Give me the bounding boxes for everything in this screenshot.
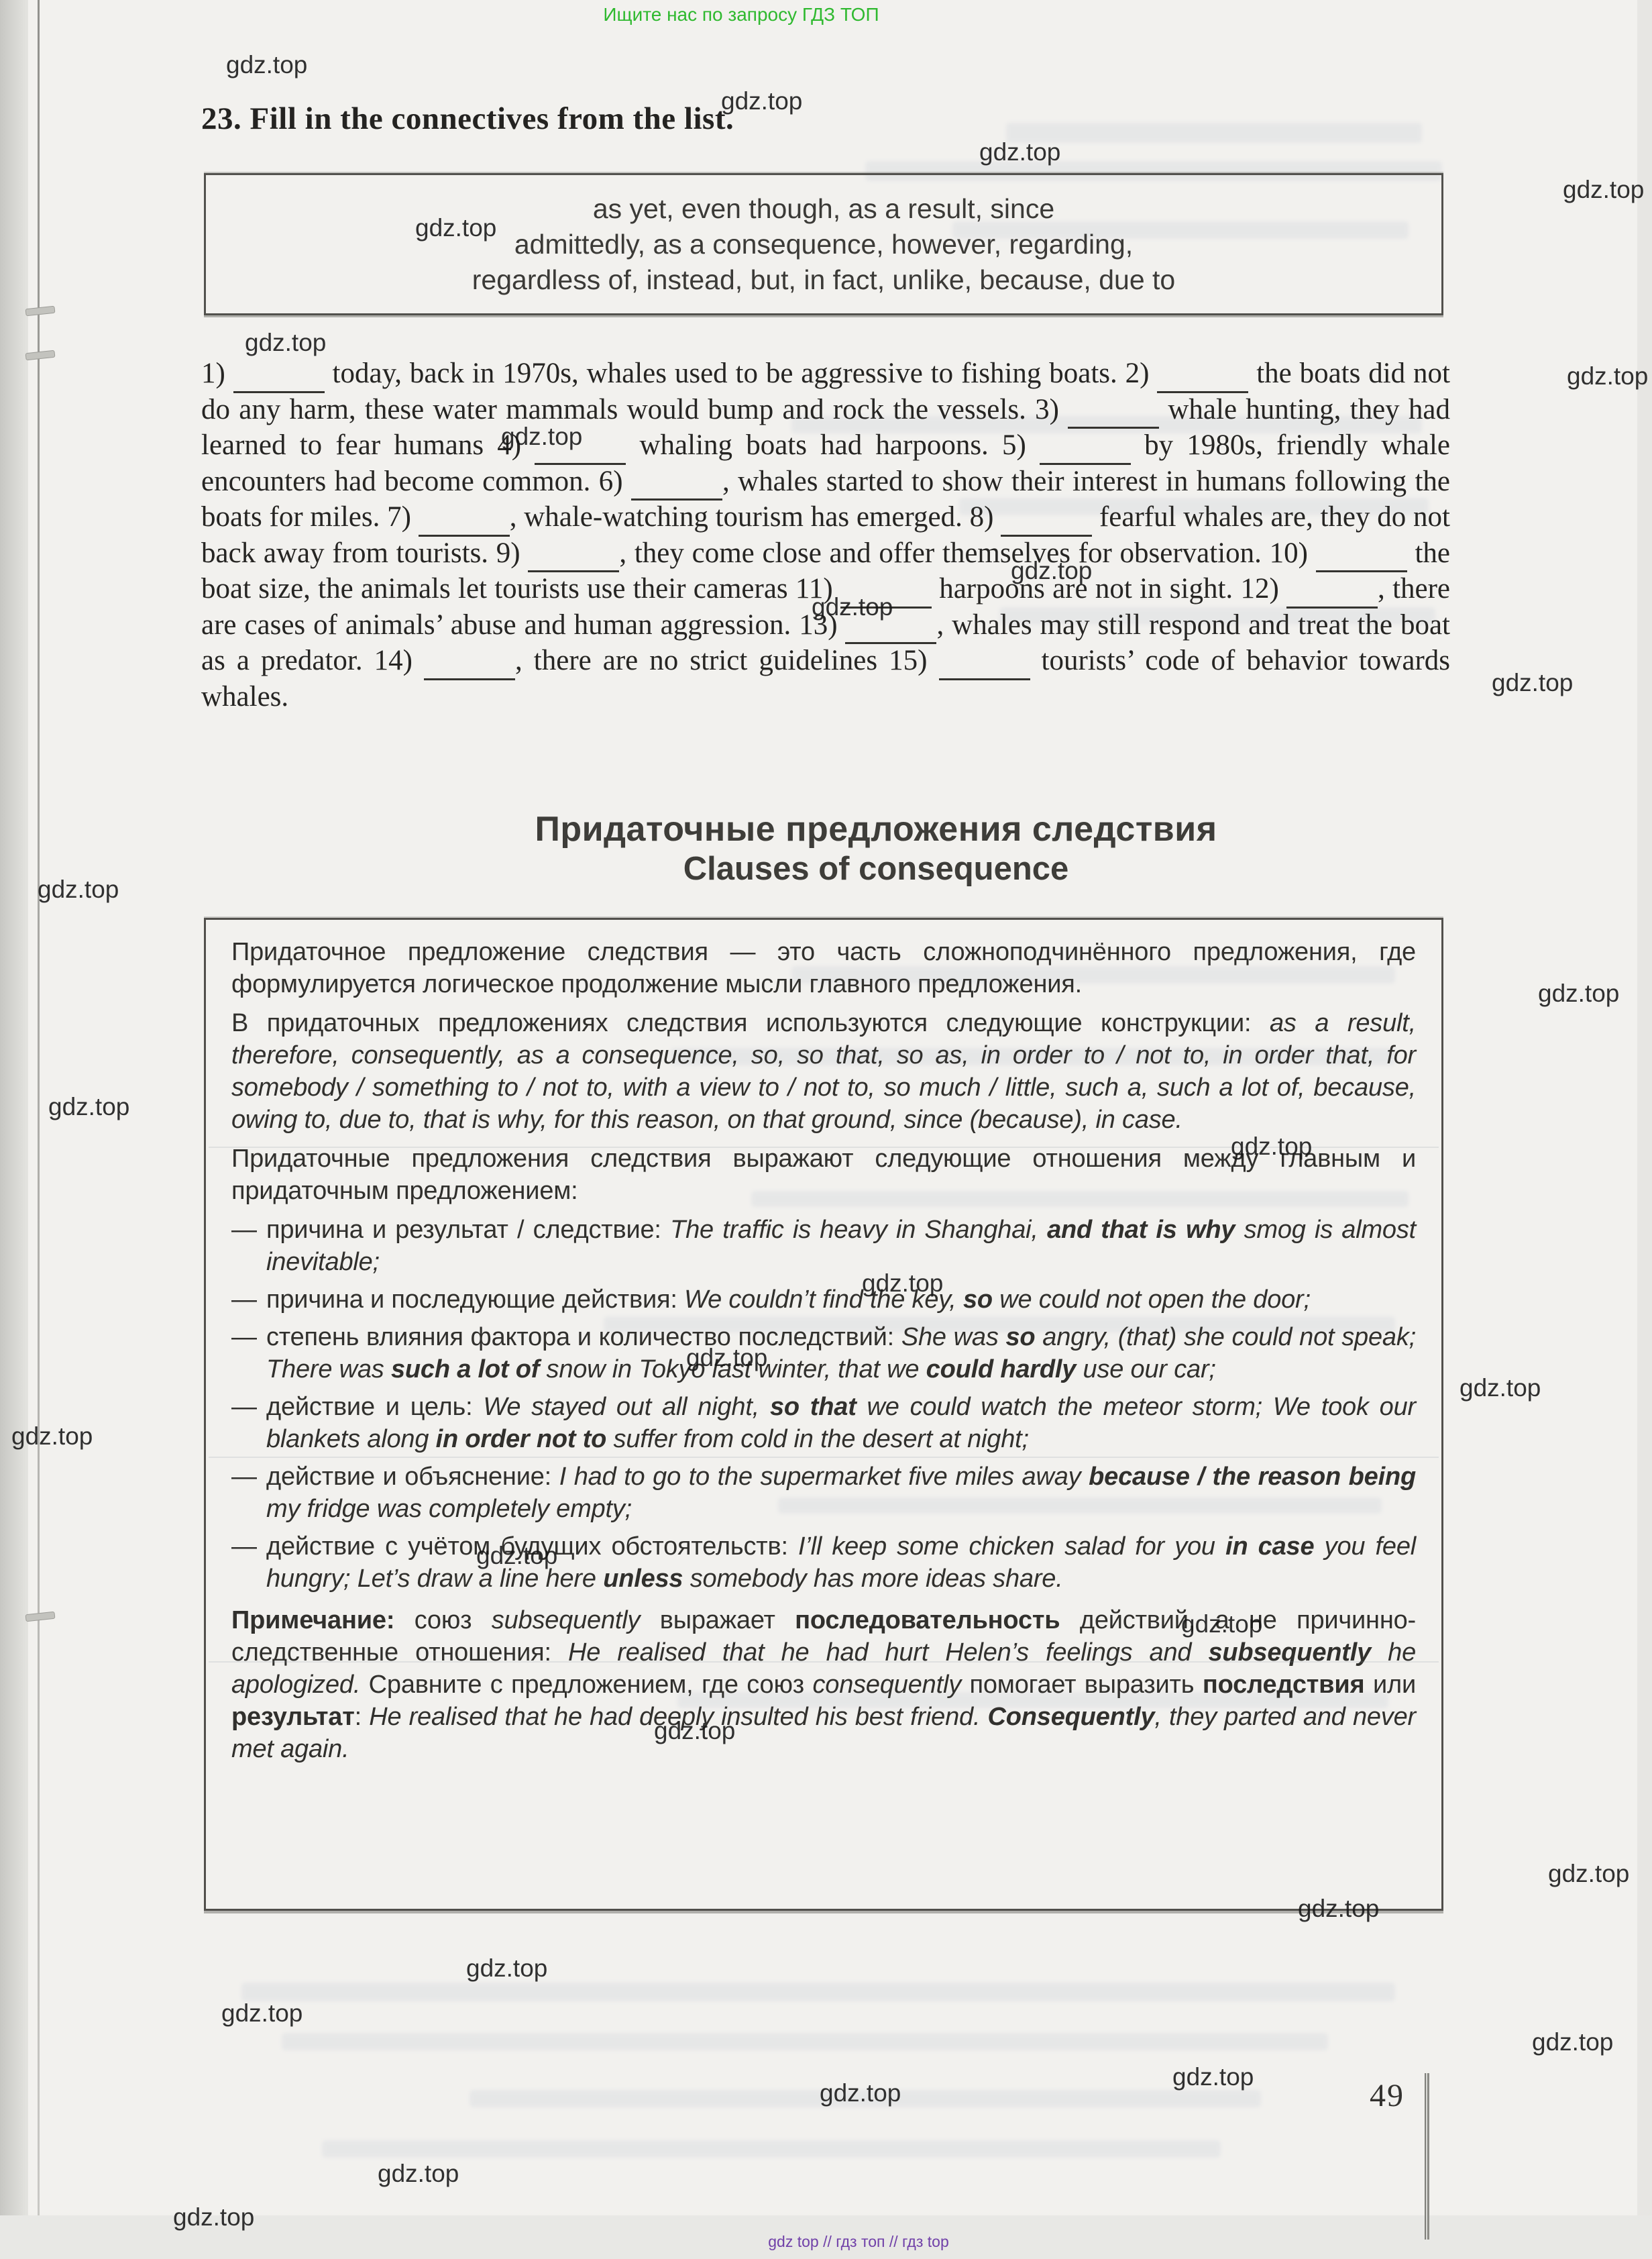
gdz-watermark: gdz.top bbox=[38, 876, 119, 904]
gdz-watermark: gdz.top bbox=[1298, 1895, 1379, 1923]
promo-footer: gdz top // гдз топ // гдз top bbox=[0, 2233, 1652, 2251]
grammar-rule-box: Придаточное предложение следствия — это … bbox=[204, 918, 1443, 1911]
rule-text-segment: and that is why bbox=[1047, 1216, 1235, 1244]
rule-text-segment: such a lot of bbox=[391, 1355, 539, 1383]
rule-bullet-item: —причина и последующие действия: We coul… bbox=[231, 1283, 1416, 1316]
rule-text-segment: : bbox=[355, 1703, 370, 1731]
rule-text-segment: The traffic is heavy in Shanghai, bbox=[670, 1216, 1047, 1244]
gdz-watermark: gdz.top bbox=[654, 1717, 735, 1745]
bullet-dash: — bbox=[231, 1391, 266, 1455]
gdz-watermark: gdz.top bbox=[1231, 1133, 1312, 1161]
rule-text-segment: результат bbox=[231, 1703, 355, 1731]
bullet-dash: — bbox=[231, 1530, 266, 1595]
answer-blank[interactable] bbox=[1316, 537, 1407, 573]
rule-bullet-item: —действие и объяснение: I had to go to t… bbox=[231, 1461, 1416, 1525]
gdz-watermark: gdz.top bbox=[812, 593, 893, 621]
answer-blank[interactable] bbox=[528, 537, 619, 573]
section-heading-en: Clauses of consequence bbox=[302, 849, 1450, 888]
rule-text-segment: Примечание: bbox=[231, 1606, 394, 1634]
rule-box-divider bbox=[209, 1661, 1439, 1663]
rule-text-segment: so that bbox=[770, 1393, 857, 1421]
rule-bullet-item: —степень влияния фактора и количество по… bbox=[231, 1321, 1416, 1385]
binding-crease bbox=[38, 0, 40, 2221]
rule-text-segment: could hardly bbox=[926, 1355, 1077, 1383]
facing-page-edge-line bbox=[1425, 2073, 1429, 2240]
bullet-text: причина и последующие действия: We could… bbox=[266, 1283, 1311, 1316]
rule-text-segment: I’ll keep some chicken salad for you bbox=[798, 1532, 1225, 1561]
rule-text-segment: my fridge was completely empty; bbox=[266, 1495, 632, 1523]
rule-text-segment: действие и объяснение: bbox=[266, 1463, 559, 1491]
bullet-dash: — bbox=[231, 1283, 266, 1316]
gdz-watermark: gdz.top bbox=[48, 1093, 129, 1121]
rule-text-segment: действие и цель: bbox=[266, 1393, 483, 1421]
answer-blank[interactable] bbox=[631, 465, 722, 501]
gdz-watermark: gdz.top bbox=[862, 1269, 943, 1298]
answer-blank[interactable] bbox=[233, 357, 325, 393]
staple-mark bbox=[25, 1612, 56, 1622]
gdz-watermark: gdz.top bbox=[1011, 557, 1092, 585]
answer-blank[interactable] bbox=[1068, 393, 1159, 429]
gdz-watermark: gdz.top bbox=[1548, 1860, 1629, 1888]
gdz-watermark: gdz.top bbox=[173, 2203, 254, 2231]
answer-blank[interactable] bbox=[424, 644, 515, 680]
rule-text-segment: Сравните с предложением, где союз bbox=[360, 1671, 812, 1699]
rule-text-segment: причина и результат / следствие: bbox=[266, 1216, 670, 1244]
rule-text-segment: В придаточных предложениях следствия исп… bbox=[231, 1009, 1270, 1037]
rule-text-segment: subsequently bbox=[492, 1606, 641, 1634]
rule-text-segment: suffer from cold in the desert at night; bbox=[606, 1425, 1029, 1453]
gdz-watermark: gdz.top bbox=[11, 1422, 93, 1451]
rule-text-segment: We stayed out all night, bbox=[483, 1393, 770, 1421]
gdz-watermark: gdz.top bbox=[226, 51, 307, 79]
rule-text-segment: выражает bbox=[640, 1606, 795, 1634]
exercise-title: 23. Fill in the connectives from the lis… bbox=[201, 101, 1476, 137]
connectives-line: admittedly, as a consequence, however, r… bbox=[206, 227, 1441, 262]
connectives-line: regardless of, instead, but, in fact, un… bbox=[206, 262, 1441, 298]
section-heading-ru: Придаточные предложения следствия bbox=[302, 809, 1450, 849]
bleed-through bbox=[282, 2033, 1328, 2050]
rule-text-segment: последовательность bbox=[795, 1606, 1060, 1634]
rule-text-segment: союз bbox=[394, 1606, 492, 1634]
gdz-watermark: gdz.top bbox=[245, 329, 326, 357]
answer-blank[interactable] bbox=[419, 501, 510, 537]
exercise-title-text: Fill in the connectives from the list. bbox=[250, 101, 734, 136]
rule-box-divider bbox=[209, 1457, 1439, 1458]
gdz-watermark: gdz.top bbox=[501, 423, 582, 451]
bullet-dash: — bbox=[231, 1214, 266, 1278]
rule-text-segment: use our car; bbox=[1076, 1355, 1216, 1383]
gdz-watermark: gdz.top bbox=[686, 1344, 767, 1372]
bullet-text: действие и цель: We stayed out all night… bbox=[266, 1391, 1416, 1455]
bullet-text: степень влияния фактора и количество пос… bbox=[266, 1321, 1416, 1385]
gdz-watermark: gdz.top bbox=[1460, 1374, 1541, 1402]
staple-mark bbox=[25, 306, 56, 317]
bullet-dash: — bbox=[231, 1321, 266, 1385]
answer-blank[interactable] bbox=[1157, 357, 1248, 393]
gdz-watermark: gdz.top bbox=[1492, 669, 1573, 697]
rule-paragraph: Придаточное предложение следствия — это … bbox=[231, 936, 1416, 1000]
rule-text-segment: so bbox=[1006, 1323, 1036, 1351]
connectives-word-bank: as yet, even though, as a result, sincea… bbox=[204, 173, 1443, 315]
rule-text-segment: Consequently bbox=[988, 1703, 1155, 1731]
rule-bullet-item: —действие с учётом будущих обстоятельств… bbox=[231, 1530, 1416, 1595]
promo-header: Ищите нас по запросу ГДЗ ТОП bbox=[0, 4, 1482, 25]
rule-text-segment: so bbox=[963, 1285, 993, 1314]
scanned-workbook-page: Ищите нас по запросу ГДЗ ТОП gdz top // … bbox=[0, 0, 1652, 2259]
staple-mark bbox=[25, 350, 56, 361]
page-left-edge bbox=[0, 0, 28, 2221]
gdz-watermark: gdz.top bbox=[378, 2160, 459, 2188]
rule-text-segment: She was bbox=[901, 1323, 1006, 1351]
gdz-watermark: gdz.top bbox=[476, 1542, 557, 1570]
rule-text-segment: we could not open the door; bbox=[993, 1285, 1311, 1314]
rule-text-segment: Придаточное предложение следствия — это … bbox=[231, 938, 1416, 998]
gdz-watermark: gdz.top bbox=[979, 138, 1060, 166]
gdz-watermark: gdz.top bbox=[820, 2079, 901, 2107]
exercise-number: 23. bbox=[201, 101, 241, 136]
rule-paragraph: В придаточных предложениях следствия исп… bbox=[231, 1007, 1416, 1136]
rule-text-segment: consequently bbox=[812, 1671, 961, 1699]
rule-text-segment: степень влияния фактора и количество пос… bbox=[266, 1323, 901, 1351]
rule-text-segment: последствия bbox=[1203, 1671, 1365, 1699]
rule-text-segment: причина и последующие действия: bbox=[266, 1285, 684, 1314]
bleed-through bbox=[322, 2140, 1221, 2158]
rule-text-segment: I had to go to the supermarket five mile… bbox=[559, 1463, 1089, 1491]
gdz-watermark: gdz.top bbox=[1567, 362, 1648, 390]
rule-text-segment: somebody has more ideas share. bbox=[683, 1565, 1062, 1593]
rule-text-segment: in order not to bbox=[436, 1425, 607, 1453]
answer-blank[interactable] bbox=[939, 644, 1030, 680]
gdz-watermark: gdz.top bbox=[1172, 2063, 1254, 2091]
page-number: 49 bbox=[1370, 2077, 1405, 2114]
section-heading: Придаточные предложения следствия Clause… bbox=[201, 809, 1450, 888]
answer-blank[interactable] bbox=[1040, 429, 1131, 465]
gdz-watermark: gdz.top bbox=[721, 87, 802, 115]
gdz-watermark: gdz.top bbox=[1538, 980, 1619, 1008]
rule-text-segment: unless bbox=[603, 1565, 683, 1593]
gdz-watermark: gdz.top bbox=[415, 214, 496, 242]
bullet-text: действие и объяснение: I had to go to th… bbox=[266, 1461, 1416, 1525]
gdz-watermark: gdz.top bbox=[221, 1999, 302, 2028]
answer-blank[interactable] bbox=[1001, 501, 1092, 537]
rule-bullet-item: —причина и результат / следствие: The tr… bbox=[231, 1214, 1416, 1278]
gdz-watermark: gdz.top bbox=[1563, 176, 1644, 204]
bleed-through bbox=[241, 1983, 1395, 2001]
bullet-dash: — bbox=[231, 1461, 266, 1525]
bullet-text: действие с учётом будущих обстоятельств:… bbox=[266, 1530, 1416, 1595]
gdz-watermark: gdz.top bbox=[1181, 1610, 1262, 1638]
connectives-line: as yet, even though, as a result, since bbox=[206, 191, 1441, 227]
gdz-watermark: gdz.top bbox=[466, 1954, 547, 1983]
bullet-text: причина и результат / следствие: The tra… bbox=[266, 1214, 1416, 1278]
page-right-edge bbox=[1637, 0, 1652, 2221]
exercise-fill-in-paragraph: 1) today, back in 1970s, whales used to … bbox=[201, 357, 1450, 714]
rule-text-segment: помогает выразить bbox=[961, 1671, 1203, 1699]
rule-text-segment: in case bbox=[1225, 1532, 1314, 1561]
answer-blank[interactable] bbox=[1286, 572, 1378, 609]
gdz-watermark: gdz.top bbox=[1532, 2028, 1613, 2056]
rule-text-segment: because / the reason being bbox=[1089, 1463, 1416, 1491]
rule-text-segment: или bbox=[1364, 1671, 1416, 1699]
rule-bullet-item: —действие и цель: We stayed out all nigh… bbox=[231, 1391, 1416, 1455]
